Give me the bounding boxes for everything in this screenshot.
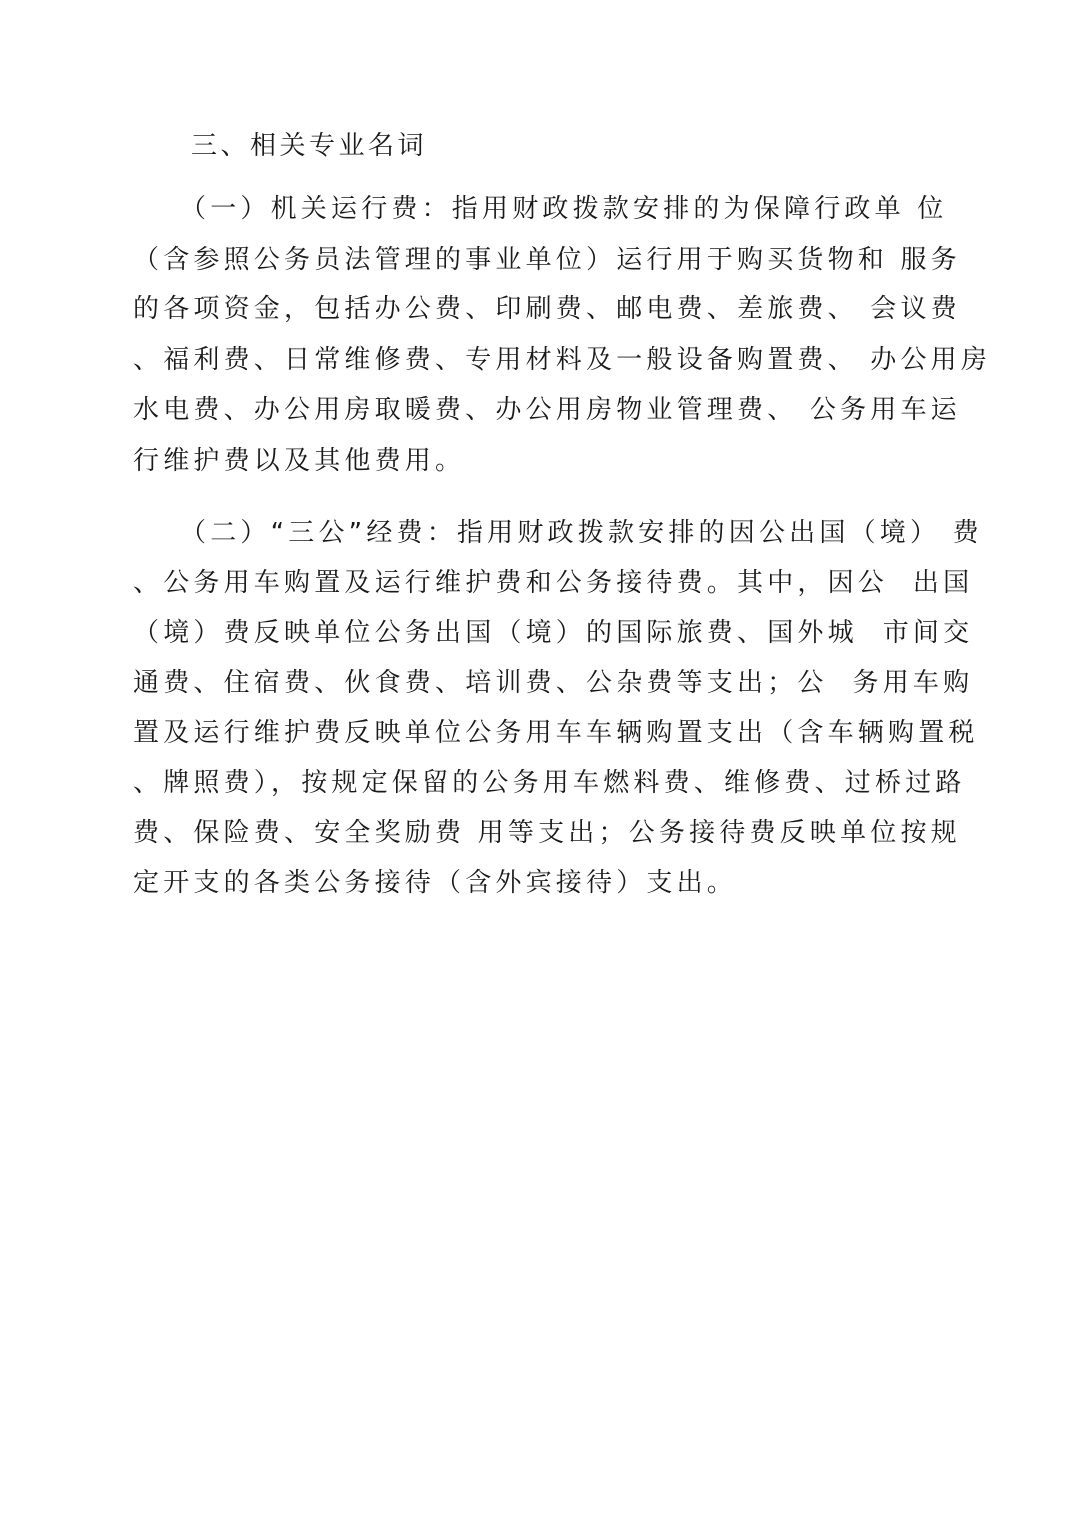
document-page: 三、相关专业名词 （一）机关运行费：指用财政拨款安排的为保障行政单 位 （含参照… [0,0,1074,1520]
paragraph-line: 、福利费、日常维修费、专用材料及一般设备购置费、 办公用房 [133,340,991,380]
paragraph-line: 行维护费以及其他费用。 [133,441,465,481]
section-heading: 三、相关专业名词 [191,126,427,166]
paragraph-line: 、公务用车购置及运行维护费和公务接待费。其中，因公 出国 [133,563,973,603]
paragraph-line: 水电费、办公用房取暖费、办公用房物业管理费、 公务用车运 [133,390,961,430]
paragraph-line: 的各项资金，包括办公费、印刷费、邮电费、差旅费、 会议费 [133,289,961,329]
paragraph-line: 定开支的各类公务接待（含外宾接待）支出。 [133,863,737,903]
paragraph-line: 置及运行维护费反映单位公务用车车辆购置支出（含车辆购置税 [133,713,979,753]
paragraph-line: 通费、住宿费、伙食费、培训费、公杂费等支出；公 务用车购 [133,663,973,703]
paragraph-line: （境）费反映单位公务出国（境）的国际旅费、国外城 市间交 [133,613,973,653]
paragraph-line: （二）“三公”经费：指用财政拨款安排的因公出国（境） 费 [180,513,983,553]
paragraph-line: 、牌照费），按规定保留的公务用车燃料费、维修费、过桥过路 [133,763,966,803]
paragraph-line: （含参照公务员法管理的事业单位）运行用于购买货物和 服务 [133,240,961,280]
paragraph-line: 费、保险费、安全奖励费 用等支出；公务接待费反映单位按规 [133,813,961,853]
paragraph-line: （一）机关运行费：指用财政拨款安排的为保障行政单 位 [180,189,947,229]
